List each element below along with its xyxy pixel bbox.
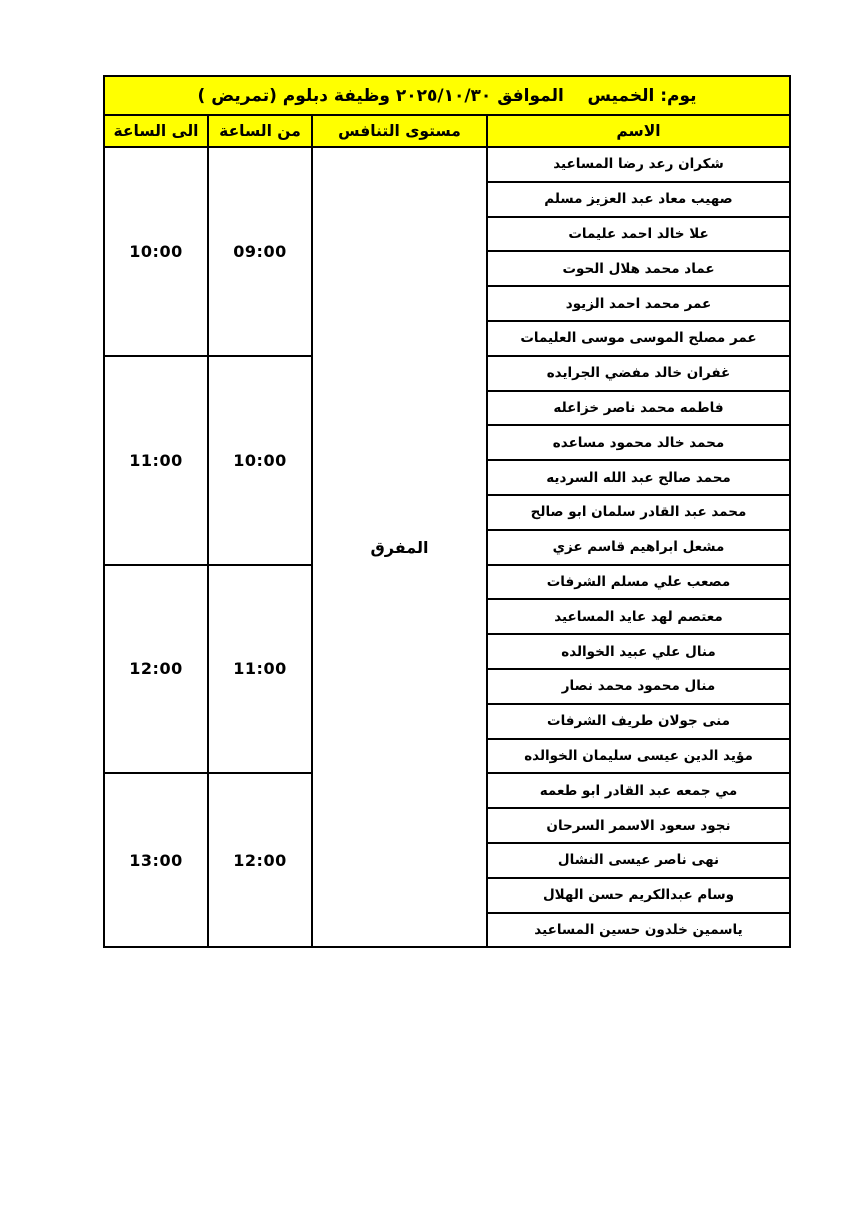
candidate-name: مصعب علي مسلم الشرفات <box>487 565 790 600</box>
to-time-cell: 13:00 <box>104 773 208 947</box>
title-row: يوم: الخميس الموافق ٢٠٢٥/١٠/٣٠ وظيفة دبل… <box>104 76 790 115</box>
from-time-cell: 11:00 <box>208 565 312 774</box>
header-from-time: من الساعة <box>208 115 312 147</box>
header-competition: مستوى التنافس <box>312 115 487 147</box>
candidate-name: نجود سعود الاسمر السرحان <box>487 808 790 843</box>
candidate-name: مؤيد الدين عيسى سليمان الخوالده <box>487 739 790 774</box>
candidate-name: محمد عبد القادر سلمان ابو صالح <box>487 495 790 530</box>
from-time-cell: 10:00 <box>208 356 312 565</box>
document-page: يوم: الخميس الموافق ٢٠٢٥/١٠/٣٠ وظيفة دبل… <box>0 0 850 1210</box>
candidate-name: صهيب معاد عبد العزيز مسلم <box>487 182 790 217</box>
candidate-name: معتصم لهد عايد المساعيد <box>487 599 790 634</box>
candidate-name: غفران خالد مفضي الجرايده <box>487 356 790 391</box>
candidate-name: منال علي عبيد الخوالده <box>487 634 790 669</box>
header-row: الاسم مستوى التنافس من الساعة الى الساعة <box>104 115 790 147</box>
candidate-name: علا خالد احمد عليمات <box>487 217 790 252</box>
candidate-name: عماد محمد هلال الحوت <box>487 251 790 286</box>
candidate-name: محمد صالح عبد الله السرديه <box>487 460 790 495</box>
candidate-name: محمد خالد محمود مساعده <box>487 425 790 460</box>
candidate-name: عمر مصلح الموسى موسى العليمات <box>487 321 790 356</box>
to-time-cell: 12:00 <box>104 565 208 774</box>
candidate-row: شكران رعد رضا المساعيد المفرق 09:00 10:0… <box>104 147 790 182</box>
candidate-name: عمر محمد احمد الزيود <box>487 286 790 321</box>
candidate-name: مي جمعه عبد القادر ابو طعمه <box>487 773 790 808</box>
competition-level-cell: المفرق <box>312 147 487 947</box>
schedule-title: يوم: الخميس الموافق ٢٠٢٥/١٠/٣٠ وظيفة دبل… <box>104 76 790 115</box>
candidate-name: مشعل ابراهيم قاسم عزي <box>487 530 790 565</box>
candidate-name: فاطمه محمد ناصر خزاعله <box>487 391 790 426</box>
header-name: الاسم <box>487 115 790 147</box>
candidate-name: منى جولان طريف الشرفات <box>487 704 790 739</box>
candidate-name: وسام عبدالكريم حسن الهلال <box>487 878 790 913</box>
candidate-name: ياسمين خلدون حسين المساعيد <box>487 913 790 948</box>
candidate-name: نهى ناصر عيسى النشال <box>487 843 790 878</box>
header-to-time: الى الساعة <box>104 115 208 147</box>
candidate-name: شكران رعد رضا المساعيد <box>487 147 790 182</box>
from-time-cell: 09:00 <box>208 147 312 356</box>
schedule-table: يوم: الخميس الموافق ٢٠٢٥/١٠/٣٠ وظيفة دبل… <box>103 75 791 948</box>
to-time-cell: 10:00 <box>104 147 208 356</box>
to-time-cell: 11:00 <box>104 356 208 565</box>
from-time-cell: 12:00 <box>208 773 312 947</box>
candidate-name: منال محمود محمد نصار <box>487 669 790 704</box>
